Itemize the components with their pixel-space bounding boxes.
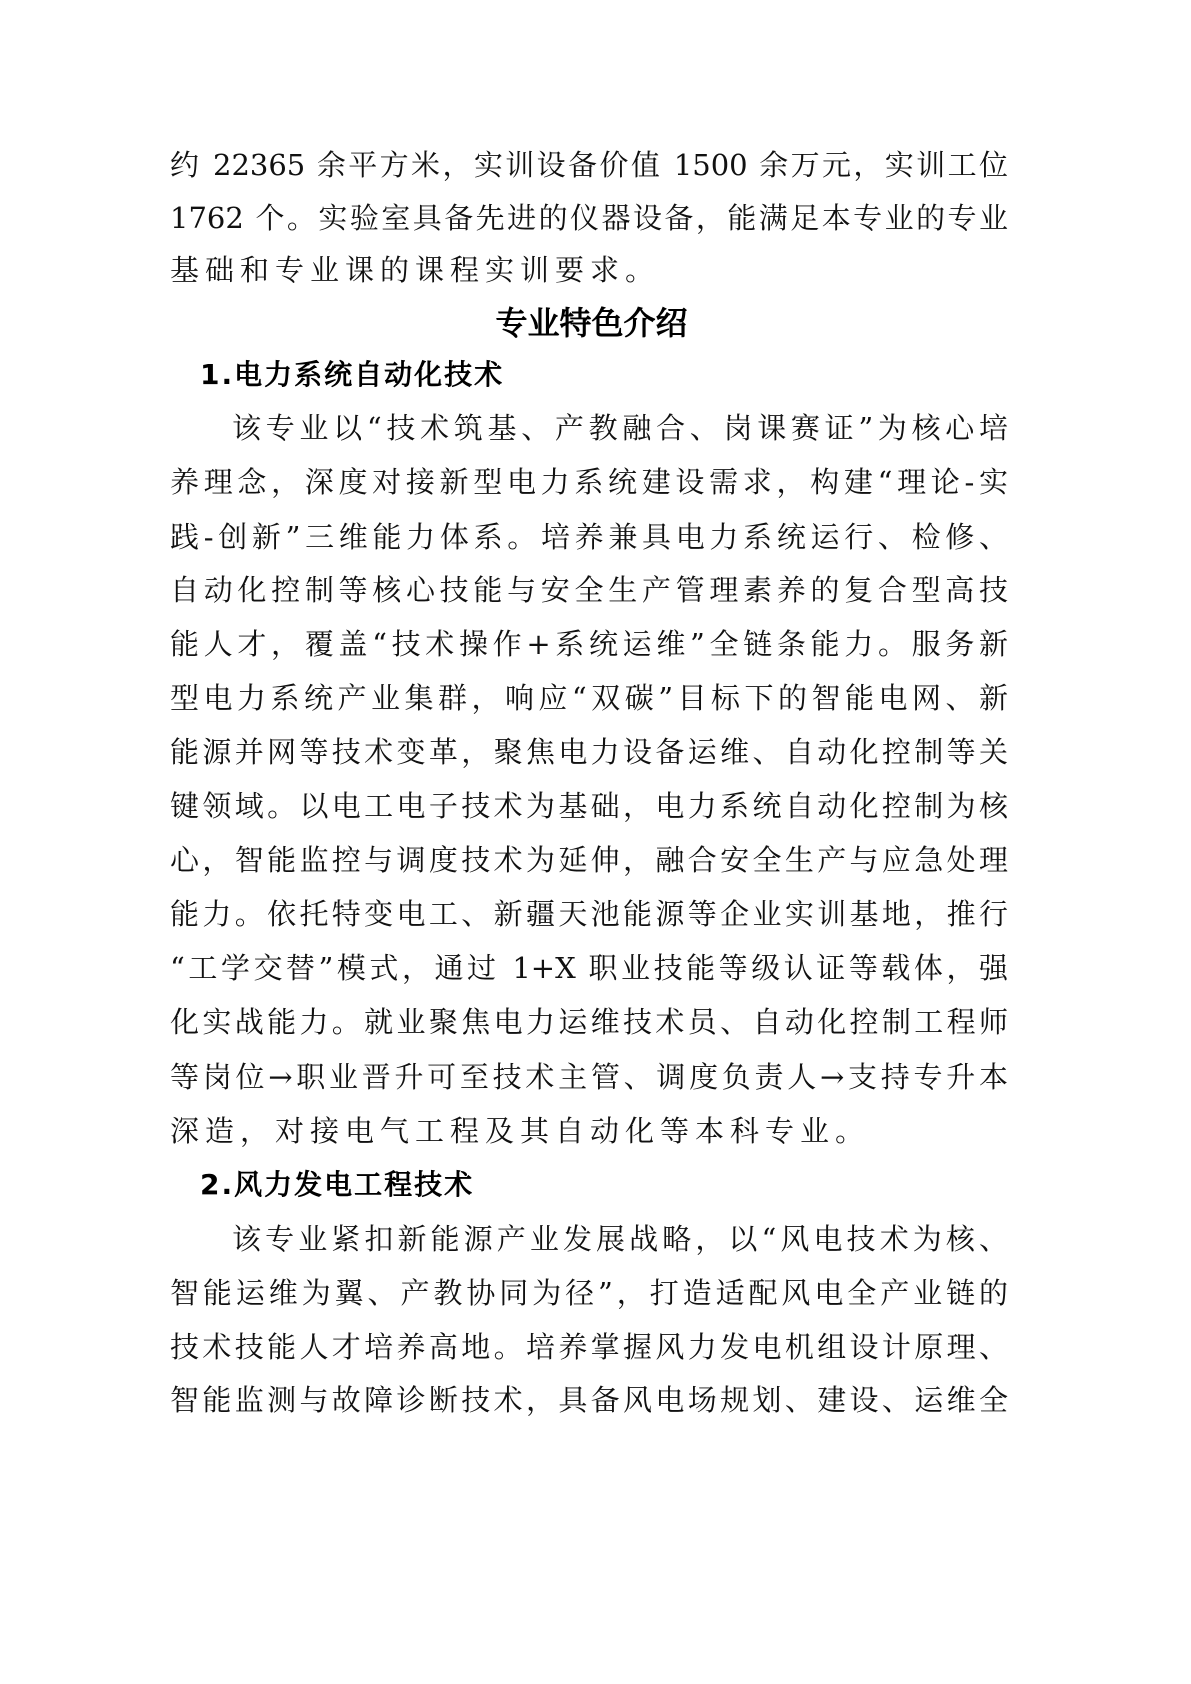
- paragraph-line: 自动化控制等核心技能与安全生产管理素养的复合型高技: [170, 570, 1008, 610]
- paragraph-line: 智能运维为翼、产教协同为径”，打造适配风电全产业链的: [170, 1273, 1008, 1313]
- document-page: 约 22365 余平方米，实训设备价值 1500 余万元，实训工位 1762 个…: [0, 0, 1191, 1684]
- paragraph-line: 能力。依托特变电工、新疆天池能源等企业实训基地，推行: [170, 894, 1008, 934]
- paragraph-line: 能源并网等技术变革，聚焦电力设备运维、自动化控制等关: [170, 732, 1008, 772]
- paragraph-line: 键领域。以电工电子技术为基础，电力系统自动化控制为核: [170, 786, 1008, 826]
- intro-line: 1762 个。实验室具备先进的仪器设备，能满足本专业的专业: [170, 198, 1008, 238]
- paragraph-line: 型电力系统产业集群，响应“双碳”目标下的智能电网、新: [170, 678, 1008, 718]
- paragraph-line: 养理念，深度对接新型电力系统建设需求，构建“理论-实: [170, 462, 1008, 502]
- paragraph-line: 该专业紧扣新能源产业发展战略，以“风电技术为核、: [232, 1219, 1008, 1259]
- paragraph-line: 心，智能监控与调度技术为延伸，融合安全生产与应急处理: [170, 840, 1008, 880]
- intro-line: 约 22365 余平方米，实训设备价值 1500 余万元，实训工位: [170, 145, 1008, 185]
- subsection-heading-1: 1.电力系统自动化技术: [200, 355, 504, 395]
- paragraph-line: 该专业以“技术筑基、产教融合、岗课赛证”为核心培: [232, 408, 1008, 448]
- section-title-text: 专业特色介绍: [495, 304, 687, 342]
- paragraph-line: 等岗位→职业晋升可至技术主管、调度负责人→支持专升本: [170, 1057, 1008, 1097]
- paragraph-line: 技术技能人才培养高地。培养掌握风力发电机组设计原理、: [170, 1327, 1008, 1367]
- paragraph-line: 践-创新”三维能力体系。培养兼具电力系统运行、检修、: [170, 517, 1008, 557]
- paragraph-line: 能人才，覆盖“技术操作+系统运维”全链条能力。服务新: [170, 624, 1008, 664]
- paragraph-line: 化实战能力。就业聚焦电力运维技术员、自动化控制工程师: [170, 1002, 1008, 1042]
- paragraph-line: “工学交替”模式，通过 1+X 职业技能等级认证等载体，强: [170, 948, 1008, 988]
- paragraph-line: 深造，对接电气工程及其自动化等本科专业。: [170, 1111, 1008, 1151]
- intro-line: 基础和专业课的课程实训要求。: [170, 250, 1008, 290]
- section-title: 专业特色介绍: [0, 301, 1191, 345]
- subsection-heading-2: 2.风力发电工程技术: [200, 1165, 474, 1205]
- paragraph-line: 智能监测与故障诊断技术，具备风电场规划、建设、运维全: [170, 1380, 1008, 1420]
